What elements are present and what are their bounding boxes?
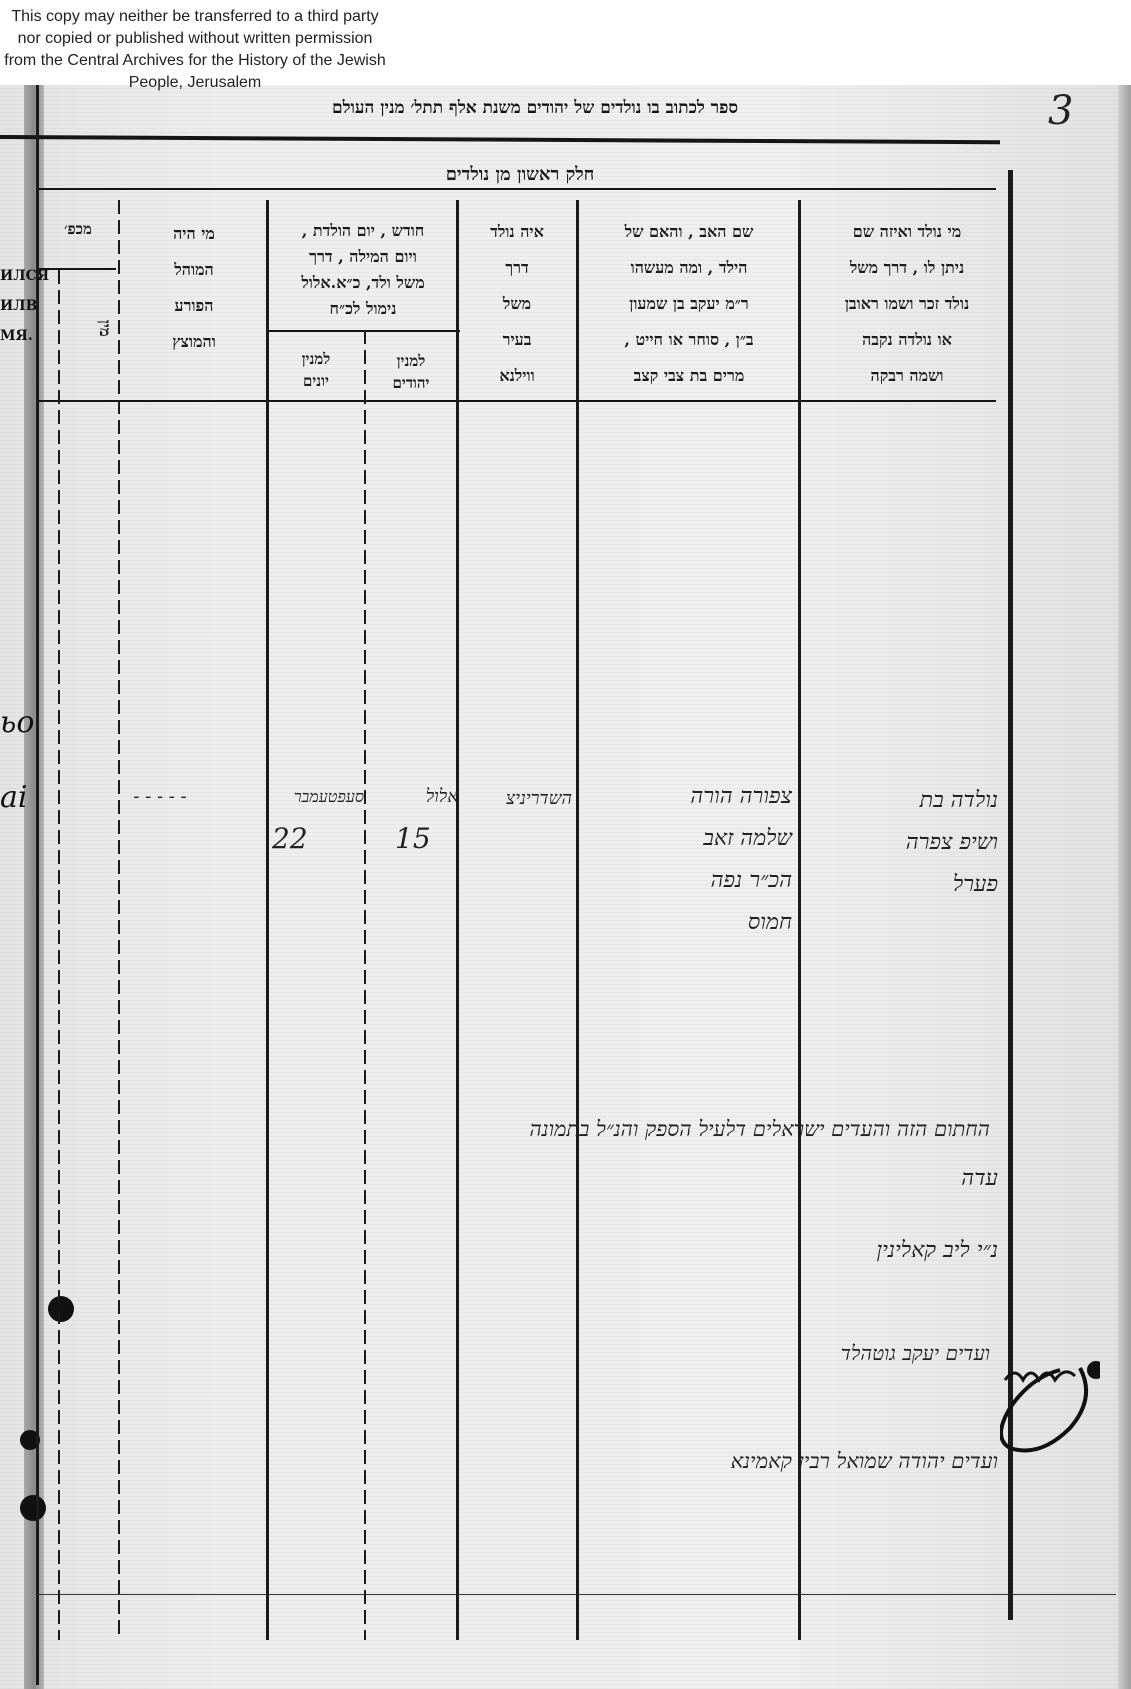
margin-mark: ai [0, 780, 27, 815]
column-line-dashed [118, 200, 120, 1640]
header-bottom-rule [36, 400, 996, 402]
entry-place: השדריניצ [460, 778, 572, 820]
entry-jewish-month: אלול [368, 776, 458, 818]
header-mohel: מי היה המוהל הפורע והמוצץ [124, 216, 264, 360]
header-dates-gentile: למנין יונים [270, 348, 362, 392]
note-witness-3: ועדים יהודה שמואל רבין קאמינא [430, 1440, 998, 1482]
binding-ring [48, 1296, 74, 1322]
header-dates: חודש , יום הולדת , ויום המילה , דרך משל … [270, 218, 456, 322]
column-line [798, 200, 801, 1640]
entry-mohel-blank: - - - - - [60, 776, 260, 818]
column-line-dashed [364, 330, 366, 1640]
cyrillic-fragment: МЯ. [0, 328, 33, 344]
header-who-born: מי נולד ואיזה שם ניתן לו , דרך משל נולד … [812, 214, 1002, 394]
header-rule [36, 188, 996, 190]
cyrillic-fragment: ИЛВ [0, 298, 37, 314]
entry-gentile-month: סעפטעמבר [268, 776, 364, 818]
note-witness-label: עדה [880, 1158, 998, 1200]
entry-jewish-day: 15 [395, 818, 455, 860]
page-edge-shadow [1118, 85, 1131, 1689]
header-dates-jewish: למנין יהודים [366, 350, 456, 394]
note-witness-1: נ״י ליב קאלינין [700, 1230, 998, 1272]
column-line [456, 200, 459, 1640]
margin-mark: ьо [0, 705, 34, 740]
archive-notice: This copy may neither be transferred to … [0, 6, 390, 94]
header-number: מכפ׳ [40, 218, 116, 240]
header-place: איה נולד דרך משל בעיר ווילנא [462, 214, 572, 394]
signature-flourish [1000, 1350, 1100, 1460]
column-line [576, 200, 579, 1640]
form-title: ספר לכתוב בו נולדים של יהודים משנת אלף ת… [300, 98, 770, 118]
note-attestation: החתום הזה והעדים ישראלים דלעיל הספק והנ״… [150, 1108, 990, 1150]
entry-parents: צפורה הורה שלמה זאב הכ״ר נפה חמוס [584, 776, 792, 944]
note-witness-2: ועדים יעקב גוטהלד [650, 1332, 990, 1374]
column-line-dashed [58, 270, 60, 1640]
binding-edge-line [36, 85, 39, 1685]
column-line [266, 200, 269, 1640]
header-gender: מין [60, 320, 116, 337]
entry-child: נולדה בת ושיפ צפרה פערל [806, 780, 998, 906]
binding-ring [20, 1495, 46, 1521]
header-parents: שם האב , והאם של הילד , ומה מעשהו ר״מ יע… [584, 214, 794, 394]
cyrillic-fragment: ИЛСЯ [0, 268, 49, 284]
page-number: 3 [1048, 88, 1073, 134]
section-title: חלק ראשון מן נולדים [380, 164, 660, 185]
entry-gentile-day: 22 [272, 818, 332, 860]
